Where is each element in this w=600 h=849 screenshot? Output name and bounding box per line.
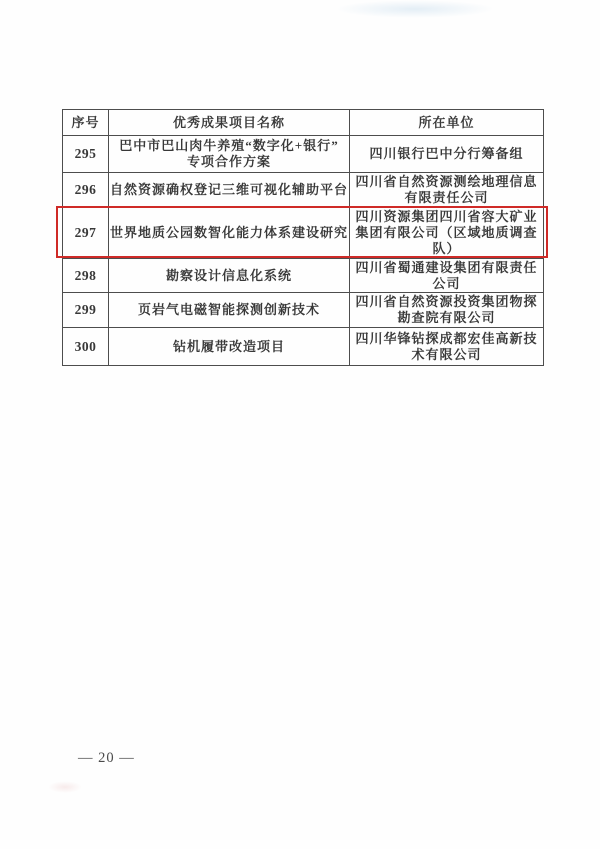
cell-unit: 四川银行巴中分行筹备组: [350, 136, 544, 173]
cell-unit: 四川省蜀通建设集团有限责任 公司: [350, 259, 544, 293]
table-row: 296 自然资源确权登记三维可视化辅助平台 四川省自然资源测绘地理信息 有限责任…: [63, 173, 544, 208]
cell-index: 300: [63, 328, 109, 366]
table-header-row: 序号 优秀成果项目名称 所在单位: [63, 110, 544, 136]
cell-unit: 四川省自然资源测绘地理信息 有限责任公司: [350, 173, 544, 208]
table-row: 300 钻机履带改造项目 四川华锋钻探成都宏佳高新技 术有限公司: [63, 328, 544, 366]
page-number: — 20 —: [78, 750, 135, 767]
cell-index: 297: [63, 208, 109, 259]
results-table-wrap: 序号 优秀成果项目名称 所在单位 295 巴中市巴山肉牛养殖“数字化+银行” 专…: [62, 109, 543, 366]
cell-project: 勘察设计信息化系统: [109, 259, 350, 293]
scan-artifact-top: [335, 0, 495, 18]
table-row: 295 巴中市巴山肉牛养殖“数字化+银行” 专项合作方案 四川银行巴中分行筹备组: [63, 136, 544, 173]
table-row: 298 勘察设计信息化系统 四川省蜀通建设集团有限责任 公司: [63, 259, 544, 293]
cell-project: 自然资源确权登记三维可视化辅助平台: [109, 173, 350, 208]
table-row: 299 页岩气电磁智能探测创新技术 四川省自然资源投资集团物探 勘查院有限公司: [63, 293, 544, 328]
cell-index: 296: [63, 173, 109, 208]
cell-index: 299: [63, 293, 109, 328]
cell-unit: 四川资源集团四川省容大矿业 集团有限公司（区域地质调查 队）: [350, 208, 544, 259]
cell-unit: 四川省自然资源投资集团物探 勘查院有限公司: [350, 293, 544, 328]
header-project: 优秀成果项目名称: [109, 110, 350, 136]
scan-artifact-bottom: [48, 781, 82, 793]
header-unit: 所在单位: [350, 110, 544, 136]
cell-index: 295: [63, 136, 109, 173]
table-row-highlighted: 297 世界地质公园数智化能力体系建设研究 四川资源集团四川省容大矿业 集团有限…: [63, 208, 544, 259]
cell-project: 世界地质公园数智化能力体系建设研究: [109, 208, 350, 259]
cell-project: 巴中市巴山肉牛养殖“数字化+银行” 专项合作方案: [109, 136, 350, 173]
cell-project: 钻机履带改造项目: [109, 328, 350, 366]
cell-project: 页岩气电磁智能探测创新技术: [109, 293, 350, 328]
scanned-page: 序号 优秀成果项目名称 所在单位 295 巴中市巴山肉牛养殖“数字化+银行” 专…: [0, 0, 600, 849]
header-index: 序号: [63, 110, 109, 136]
cell-unit: 四川华锋钻探成都宏佳高新技 术有限公司: [350, 328, 544, 366]
results-table: 序号 优秀成果项目名称 所在单位 295 巴中市巴山肉牛养殖“数字化+银行” 专…: [62, 109, 544, 366]
cell-index: 298: [63, 259, 109, 293]
